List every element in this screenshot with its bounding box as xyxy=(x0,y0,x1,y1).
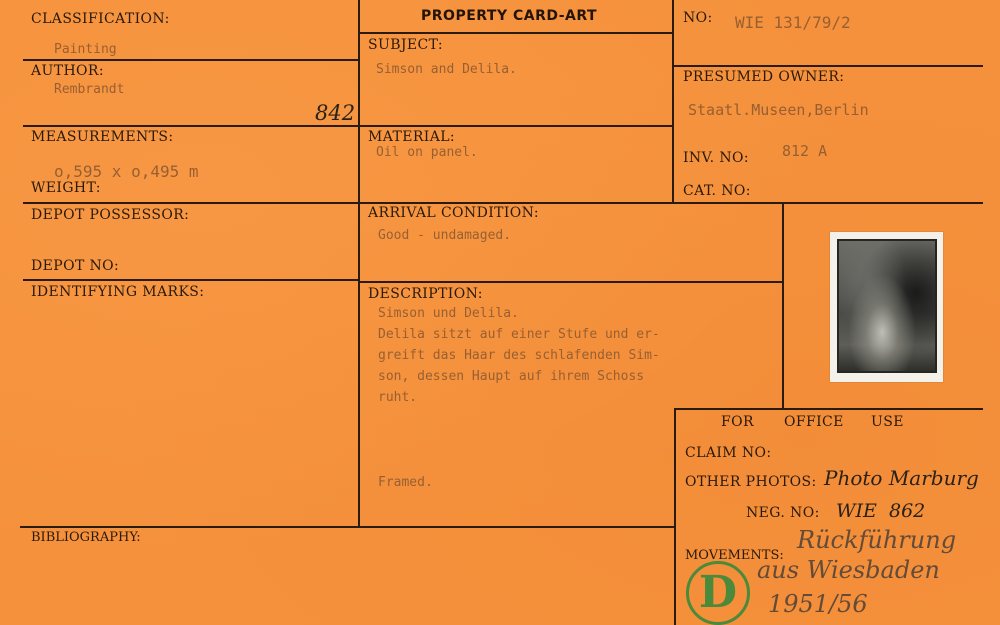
office-heading-use: USE xyxy=(871,414,904,430)
description-note-framed: Framed. xyxy=(378,472,433,493)
identifying-marks-label: IDENTIFYING MARKS: xyxy=(31,284,204,300)
inv-no-label: INV. NO: xyxy=(683,150,749,166)
movements-line-1: Rückführung xyxy=(797,526,956,554)
presumed-owner-label: PRESUMED OWNER: xyxy=(683,69,844,85)
d-stamp-icon: D xyxy=(686,561,750,625)
artwork-photo-image xyxy=(837,239,937,373)
handwritten-number-842: 842 xyxy=(315,101,355,125)
arrival-condition-label: ARRIVAL CONDITION: xyxy=(368,205,539,221)
movements-line-2: aus Wiesbaden xyxy=(757,556,940,584)
cat-no-label: CAT. NO: xyxy=(683,183,751,199)
description-line: greift das Haar des schlafenden Sim- xyxy=(378,345,660,366)
rule-depot xyxy=(23,279,358,281)
card-title: PROPERTY CARD-ART xyxy=(421,8,597,24)
claim-no-label: CLAIM NO: xyxy=(685,445,771,461)
arrival-condition-value: Good - undamaged. xyxy=(378,225,511,246)
office-heading-office: OFFICE xyxy=(784,414,844,430)
no-value: WIE 131/79/2 xyxy=(735,12,851,33)
divider-office-box xyxy=(674,408,676,625)
measurements-value: o,595 x o,495 m xyxy=(54,161,199,182)
stamp-letter: D xyxy=(699,571,737,615)
description-text: Simson und Delila. Delila sitzt auf eine… xyxy=(378,303,660,408)
office-heading-for: FOR xyxy=(721,414,754,430)
artwork-photo xyxy=(830,232,943,382)
classification-value: Painting xyxy=(54,39,117,60)
divider-middle-right xyxy=(672,0,674,202)
neg-no-label: NEG. NO: xyxy=(746,505,820,521)
material-value: Oil on panel. xyxy=(376,142,478,163)
rule-photo-bottom xyxy=(674,408,983,410)
presumed-owner-value: Staatl.Museen,Berlin xyxy=(688,100,869,121)
rule-bibliography xyxy=(20,526,675,528)
rule-subject xyxy=(360,125,672,127)
description-line: ruht. xyxy=(378,387,660,408)
subject-value: Simson and Delila. xyxy=(376,59,517,80)
neg-no-value: WIE 862 xyxy=(836,500,925,522)
other-photos-label: OTHER PHOTOS: xyxy=(685,474,817,490)
measurements-label: MEASUREMENTS: xyxy=(31,129,173,145)
rule-author xyxy=(23,125,358,127)
author-value: Rembrandt xyxy=(54,79,124,100)
description-line: Simson und Delila. xyxy=(378,303,660,324)
classification-label: CLASSIFICATION: xyxy=(31,11,170,27)
rule-arrival xyxy=(360,202,983,204)
no-label: NO: xyxy=(683,10,713,26)
divider-photo-box xyxy=(782,202,784,408)
weight-label: WEIGHT: xyxy=(31,180,101,196)
inv-no-value: 812 A xyxy=(782,141,827,162)
divider-left-middle xyxy=(358,0,360,527)
bibliography-label: BIBLIOGRAPHY: xyxy=(31,530,141,545)
description-label: DESCRIPTION: xyxy=(368,286,483,302)
rule-weight xyxy=(23,202,358,204)
rule-no xyxy=(674,65,983,67)
author-label: AUTHOR: xyxy=(31,63,104,79)
rule-title xyxy=(360,32,672,34)
property-card: CLASSIFICATION: Painting AUTHOR: Rembran… xyxy=(0,0,1000,625)
description-line: Delila sitzt auf einer Stufe und er- xyxy=(378,324,660,345)
movements-line-3: 1951/56 xyxy=(768,590,868,618)
other-photos-value: Photo Marburg xyxy=(824,466,979,490)
description-line: son, dessen Haupt auf ihrem Schoss xyxy=(378,366,660,387)
subject-label: SUBJECT: xyxy=(368,37,443,53)
depot-possessor-label: DEPOT POSSESSOR: xyxy=(31,207,189,223)
rule-description xyxy=(360,281,784,283)
depot-no-label: DEPOT NO: xyxy=(31,258,119,274)
